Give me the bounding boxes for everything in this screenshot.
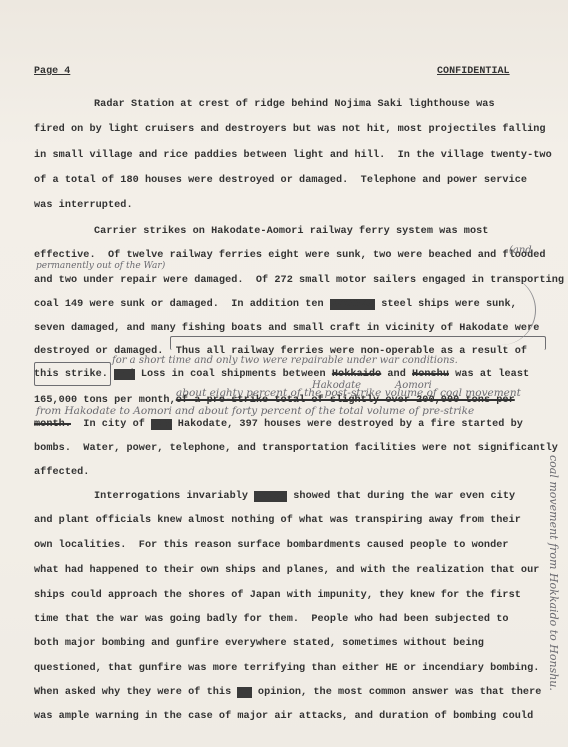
paragraph-3-line-9: When asked why they were of this xx opin… — [34, 687, 541, 699]
handwritten-short-time: for a short time and only two were repai… — [112, 355, 458, 366]
text-segment: When asked why they were of this — [34, 687, 237, 698]
paragraph-1-line-4: of a total of 180 houses were destroyed … — [34, 175, 527, 187]
paragraph-1-line-2: fired on by light cruisers and destroyer… — [34, 124, 546, 136]
struck-hokkaido: Hokkaido — [332, 369, 381, 380]
handwritten-margin-note: coal movement from Hokkaido to Honshu. — [547, 455, 560, 691]
handwritten-permanently: permanently out of the War) — [36, 261, 165, 272]
paragraph-2-line-5: seven damaged, and many fishing boats an… — [34, 323, 539, 335]
paragraph-3-line-3: own localities. For this reason surface … — [34, 540, 509, 552]
text-segment: and — [381, 369, 412, 380]
xed-out-word: xxxxx — [254, 491, 287, 502]
xed-out-word: XXXXXXX — [330, 299, 375, 310]
paragraph-2-line-4: coal 149 were sunk or damaged. In additi… — [34, 299, 517, 311]
text-segment: In city of — [71, 419, 151, 430]
text-segment: Loss in coal shipments between — [141, 369, 332, 380]
paragraph-3-line-5: ships could approach the shores of Japan… — [34, 590, 521, 602]
paragraph-1-line-3: in small village and rice paddies betwee… — [34, 150, 552, 162]
text-segment: Interrogations invariably — [94, 491, 254, 502]
paragraph-3-line-10: was ample warning in the case of major a… — [34, 711, 533, 723]
page-number: Page 4 — [34, 66, 70, 78]
handwritten-and: (and — [509, 245, 532, 256]
document-page: Page 4 CONFIDENTIAL Radar Station at cre… — [0, 0, 568, 747]
paragraph-3-line-4: what had happened to their own ships and… — [34, 565, 539, 577]
paragraph-1-line-5: was interrupted. — [34, 200, 133, 212]
xed-out-word: xx — [237, 687, 251, 698]
xed-out-word: XXX — [151, 419, 172, 430]
text-segment: Hakodate, 397 houses were destroyed by a… — [178, 419, 523, 430]
paragraph-2-line-10: bombs. Water, power, telephone, and tran… — [34, 443, 558, 455]
text-segment: showed that during the war even city — [293, 491, 515, 502]
struck-honshu: Honshu — [412, 369, 449, 380]
text-segment: opinion, the most common answer was that… — [258, 687, 542, 698]
struck-month: month. — [34, 419, 71, 430]
paragraph-3-line-2: and plant officials knew almost nothing … — [34, 515, 521, 527]
text-segment: was at least — [449, 369, 529, 380]
paragraph-1-line-1: Radar Station at crest of ridge behind N… — [94, 99, 495, 111]
paragraph-3-line-1: Interrogations invariably xxxxx showed t… — [94, 491, 515, 503]
text-segment: this strike. — [34, 369, 108, 380]
paragraph-2-line-7: this strike. and Loss in coal shipments … — [34, 369, 529, 381]
text-segment: coal 149 were sunk or damaged. In additi… — [34, 299, 330, 310]
paragraph-2-line-9: month. In city of XXX Hakodate, 397 hous… — [34, 419, 523, 431]
paragraph-3-line-6: time that the war was going badly for th… — [34, 614, 509, 626]
paragraph-3-line-8: questioned, that gunfire was more terrif… — [34, 663, 539, 675]
paragraph-2-line-1: Carrier strikes on Hakodate-Aomori railw… — [94, 226, 488, 238]
xed-out-word: and — [114, 369, 135, 380]
paragraph-3-line-7: both major bombing and gunfire everywher… — [34, 638, 484, 650]
paragraph-2-line-11: affected. — [34, 467, 89, 479]
handwritten-from-hakodate: from Hakodate to Aomori and about forty … — [36, 406, 474, 417]
classification-label: CONFIDENTIAL — [437, 66, 510, 78]
